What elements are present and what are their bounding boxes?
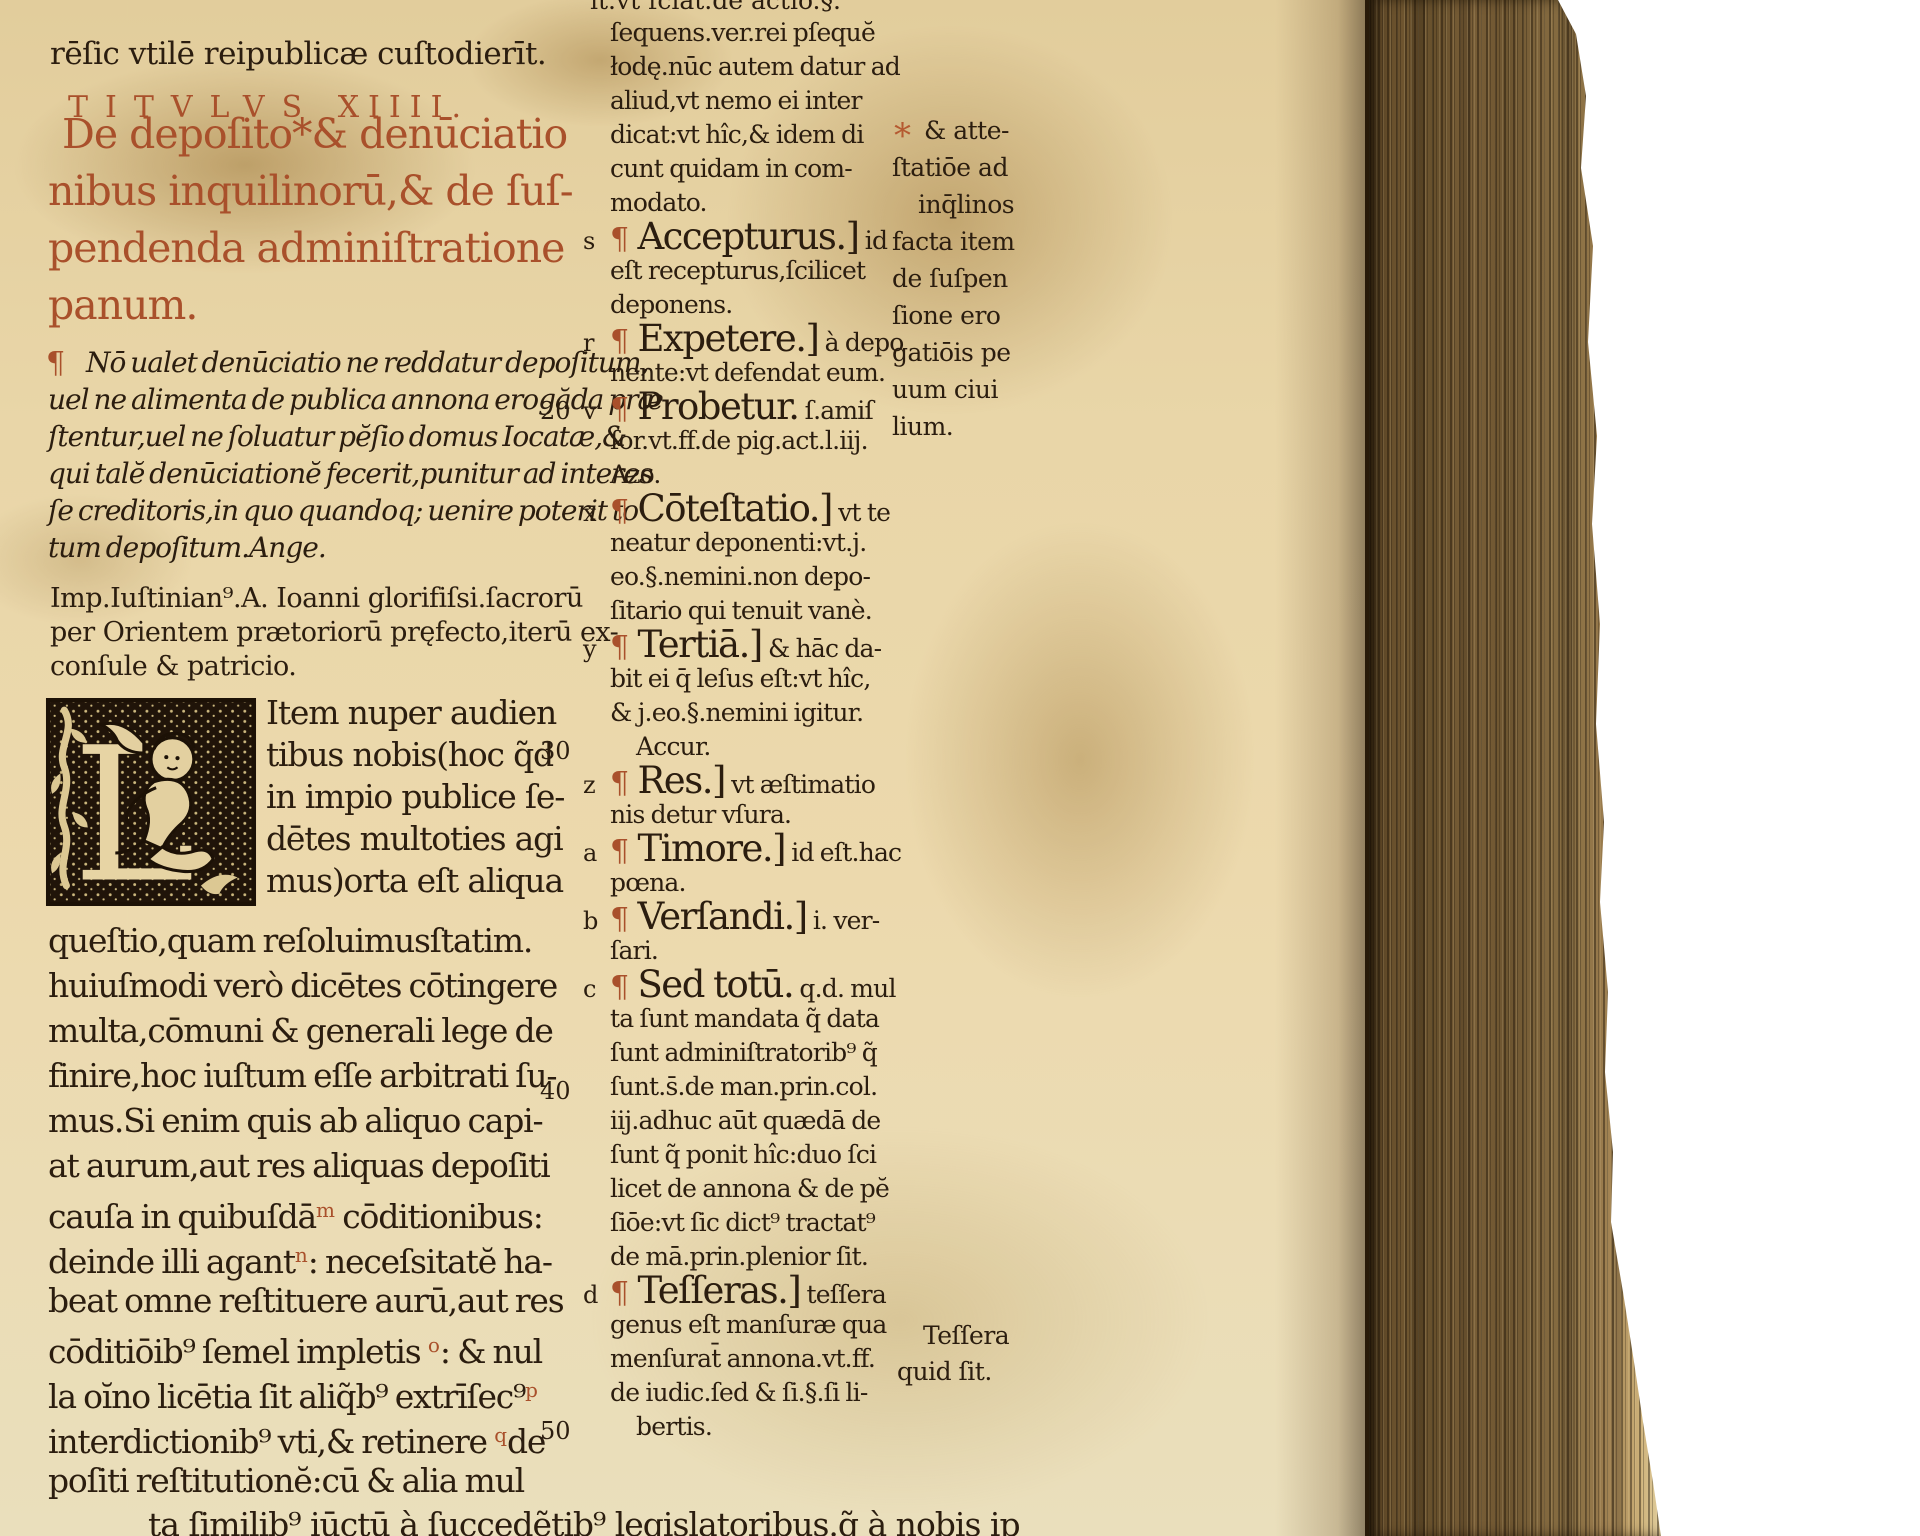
gloss-column: ſequens.ver.rei pſequĕ łodę.nūc autem da… [610, 16, 860, 1444]
salutation-line: Imp.Iuſtinian⁹.A. Ioanni glorifiſsi.ſacr… [50, 582, 618, 616]
body-line: dētes multoties agi [266, 818, 564, 860]
chapter-heading-line: panum. [48, 277, 573, 334]
book-page: rēſic vtilē reipublicæ cuſtodierīt. TITV… [0, 0, 1365, 1536]
gloss-ref-letter: p [525, 1378, 538, 1402]
summary-line: Nō ualet denūciatio ne reddatur depoſitu… [48, 344, 663, 381]
chapter-heading: De depoſito*& denūciationibus inquilinor… [48, 106, 573, 334]
gloss-ref-letter: x [583, 496, 596, 530]
gloss-lemma: Teſſeras.] [637, 1269, 800, 1312]
gloss-line: dicat:vt hîc,& idem di [610, 118, 860, 152]
gloss-line: iij.adhuc aūt quædā de [610, 1104, 860, 1138]
gloss-ref-letter: v [583, 394, 596, 428]
pilcrow-icon: ¶ [610, 392, 628, 427]
body-line: beat omne reſtituere aurū,aut res [48, 1278, 563, 1323]
pilcrow-icon: ¶ [610, 1276, 628, 1311]
gloss-line: neatur deponenti:vt.j. [610, 526, 860, 560]
gloss-line: c ¶ Sed totū. q.d. mul [610, 968, 860, 1002]
gloss-line: eſt recepturus,ſcilicet [610, 254, 860, 288]
gloss-line: eo.§.nemini.non depo- [610, 560, 860, 594]
summary-line: ſtentur,uel ne ſoluatur pĕſio domus Ioca… [48, 418, 663, 455]
gloss-line: a ¶ Timore.] id eſt.hac [610, 832, 860, 866]
body-line: mus.Si enim quis ab aliquo capi- [48, 1098, 563, 1143]
opening-line: rēſic vtilē reipublicæ cuſtodierīt. [50, 36, 546, 72]
summary-line: ſe creditoris,in quo quandoq; uenire pot… [48, 492, 663, 529]
summary-paragraph: ¶ Nō ualet denūciatio ne reddatur depoſi… [48, 344, 663, 566]
gloss-line: 50 bertis. [610, 1410, 860, 1444]
gloss-line: y ¶ Tertiā.] & hāc da- [610, 628, 860, 662]
pilcrow-icon: ¶ [610, 630, 628, 665]
gloss-line: & j.eo.§.nemini igitur. [610, 696, 860, 730]
gloss-line: s ¶ Accepturus.] id [610, 220, 860, 254]
margin-note-line: gatiōis pe [892, 334, 1042, 371]
gloss-line: 40 ſunt.s̄.de man.prin.col. [610, 1070, 860, 1104]
chapter-heading-line: pendenda adminiſtratione [48, 220, 573, 277]
gloss-ref-letter: y [583, 632, 596, 666]
gloss-ref-letter: q [494, 1423, 507, 1447]
margin-note-line: uum ciui [892, 371, 1042, 408]
margin-note-line: quid ſit. [897, 1354, 1009, 1390]
gloss-lemma: Cōteſtatio.] [637, 487, 832, 530]
gloss-line-number: 30 [540, 734, 571, 768]
gloss-line-number: 20 [540, 394, 571, 428]
gloss-line: ſunt q̃ ponit hîc:duo ſci [610, 1138, 860, 1172]
margin-note-line: inq̄linos [892, 186, 1042, 223]
gloss-line: aliud,vt nemo ei inter [610, 84, 860, 118]
gloss-line: d ¶ Teſſeras.] teſſera [610, 1274, 860, 1308]
body-line: cauſa in quibuſdām cōditionibus: [48, 1188, 563, 1233]
body-line: at aurum,aut res aliquas depoſiti [48, 1143, 563, 1188]
body-line: poſiti reſtitutionĕ:cū & alia mul [48, 1458, 563, 1503]
summary-line: qui talĕ denūciationĕ fecerit,punitur ad… [48, 455, 663, 492]
body-line: huiuſmodi verò dicētes cōtingere [48, 963, 563, 1008]
body-line: la oĭno licētia ſit aliq̃b⁹ extrīſec⁹p [48, 1368, 563, 1413]
body-line: tibus nobis(hoc q̃d [266, 734, 564, 776]
page-gutter-shade [1275, 0, 1365, 1536]
gloss-lemma: Tertiā.] [637, 623, 761, 666]
pilcrow-icon: ¶ [610, 766, 628, 801]
gloss-ref-letter: n [295, 1243, 308, 1267]
imperial-salutation: Imp.Iuſtinian⁹.A. Ioanni glorifiſsi.ſacr… [50, 582, 618, 684]
book-photo: rēſic vtilē reipublicæ cuſtodierīt. TITV… [0, 0, 1920, 1536]
gloss-line: ta ſunt mandata q̃ data [610, 1002, 860, 1036]
pilcrow-icon: ¶ [610, 834, 628, 869]
body-line: in impio publice ſe- [266, 776, 564, 818]
pilcrow-icon: ¶ [610, 494, 628, 529]
pilcrow-icon: ¶ [610, 902, 628, 937]
gloss-top-fragment: it.vt ſcīat.de actio.§. [590, 0, 841, 15]
gloss-ref-letter: d [583, 1278, 598, 1312]
gloss-line: z ¶ Res.] vt æſtimatio [610, 764, 860, 798]
gloss-line: łodę.nūc autem datur ad [610, 50, 860, 84]
gloss-ref-letter: a [583, 836, 597, 870]
gloss-lemma: Timore.] [637, 827, 785, 870]
asterisk-icon: * [894, 118, 911, 155]
chapter-heading-line: De depoſito*& denūciatio [48, 106, 573, 163]
gloss-ref-letter: s [583, 224, 595, 258]
gloss-line: ſunt adminiſtratorib⁹ q̃ [610, 1036, 860, 1070]
margin-note-line: & atte- [892, 112, 1042, 149]
gloss-lemma: Expetere.] [637, 317, 818, 360]
body-line: Item nuper audien [266, 692, 564, 734]
gloss-lemma: Sed totū. [637, 963, 793, 1006]
body-line: multa,cōmuni & generali lege de [48, 1008, 563, 1053]
body-text: queſtio,quam reſoluimusſtatim. huiuſmodi… [48, 918, 563, 1503]
chapter-heading-line: nibus inquilinorū,& de ſuſ- [48, 163, 573, 220]
margin-note-line: Teſſera [897, 1318, 1009, 1354]
dropcap-wrapped-lines: Item nuper audientibus nobis(hoc q̃din i… [266, 692, 564, 902]
gloss-lemma: Res.] [637, 759, 724, 802]
gloss-ref-letter: r [583, 326, 594, 360]
margin-note-line: facta item [892, 223, 1042, 260]
salutation-line: conſule & patricio. [50, 650, 618, 684]
summary-line: tum depoſitum.Ange. [48, 529, 663, 566]
gloss-line: cunt quidam in com- [610, 152, 860, 186]
pilcrow-icon: ¶ [610, 970, 628, 1005]
salutation-line: per Orientem prætoriorū pręfecto,iterū e… [50, 616, 618, 650]
photo-background: rēſic vtilē reipublicæ cuſtodierīt. TITV… [0, 0, 1920, 1536]
gloss-ref-letter: b [583, 904, 598, 938]
summary-line: uel ne alimenta de publica annona erogăd… [48, 381, 663, 418]
gloss-ref-letter: m [316, 1198, 335, 1222]
margin-note-line: de ſuſpen [892, 260, 1042, 297]
margin-note-line: lium. [892, 408, 1042, 445]
gloss-line: menſurat̄ annona.vt.ff. [610, 1342, 860, 1376]
margin-note-line: ſione ero [892, 297, 1042, 334]
gloss-ref-letter: o [428, 1333, 440, 1357]
margin-note-line: ſtatiōe ad [892, 149, 1042, 186]
gloss-lemma: Verſandi.] [637, 895, 806, 938]
marginal-note-tessera: Teſſeraquid ſit. [897, 1318, 1009, 1390]
gloss-lemma: Probetur. [637, 385, 798, 428]
gloss-line: licet de annona & de pĕ [610, 1172, 860, 1206]
book-fore-edge [1365, 0, 1681, 1536]
pilcrow-icon: ¶ [610, 324, 628, 359]
body-line: deinde illi agantn: neceſsitatĕ ha- [48, 1233, 563, 1278]
gloss-line-number: 40 [540, 1074, 571, 1108]
gloss-line: x ¶ Cōteſtatio.] vt te [610, 492, 860, 526]
pilcrow-icon: ¶ [610, 222, 628, 257]
gloss-line: b ¶ Verſandi.] i. ver- [610, 900, 860, 934]
gloss-line: genus eſt manſuræ qua [610, 1308, 860, 1342]
gloss-lemma: Accepturus.] [637, 215, 858, 258]
gloss-line: r ¶ Expetere.] à depo [610, 322, 860, 356]
woodcut-initial-icon: L [44, 698, 258, 906]
gloss-line: bit ei q̄ leſus eſt:vt hîc, [610, 662, 860, 696]
body-line: mus)orta eſt aliqua [266, 860, 564, 902]
bottom-cut-line: ta ſimilib⁹ iūctū à ſuccedẽtib⁹ legislat… [148, 1505, 1020, 1536]
body-line: cōditiōib⁹ ſemel impletis o: & nul [48, 1323, 563, 1368]
gloss-ref-letter: z [583, 768, 595, 802]
gloss-ref-letter: c [583, 972, 596, 1006]
gloss-line: ſiōe:vt ſic dict⁹ tractat⁹ [610, 1206, 860, 1240]
body-line: interdictionib⁹ vti,& retinere qde [48, 1413, 563, 1458]
gloss-line: 20 v ¶ Probetur. ſ.amiſ [610, 390, 860, 424]
marginal-note-attestation: * & atte-ſtatiōe adinq̄linosfacta itemde… [892, 112, 1042, 445]
gloss-line-number: 50 [540, 1414, 571, 1448]
gloss-line: de iudic.ſed & ſi.§.ſi li- [610, 1376, 860, 1410]
pilcrow-icon: ¶ [46, 345, 64, 382]
body-line: finire,hoc iuſtum eſſe arbitrati ſu- [48, 1053, 563, 1098]
gloss-line: ſequens.ver.rei pſequĕ [610, 16, 860, 50]
body-line: queſtio,quam reſoluimusſtatim. [48, 918, 563, 963]
gloss-line: ſor.vt.ff.de pig.act.l.iij. [610, 424, 860, 458]
